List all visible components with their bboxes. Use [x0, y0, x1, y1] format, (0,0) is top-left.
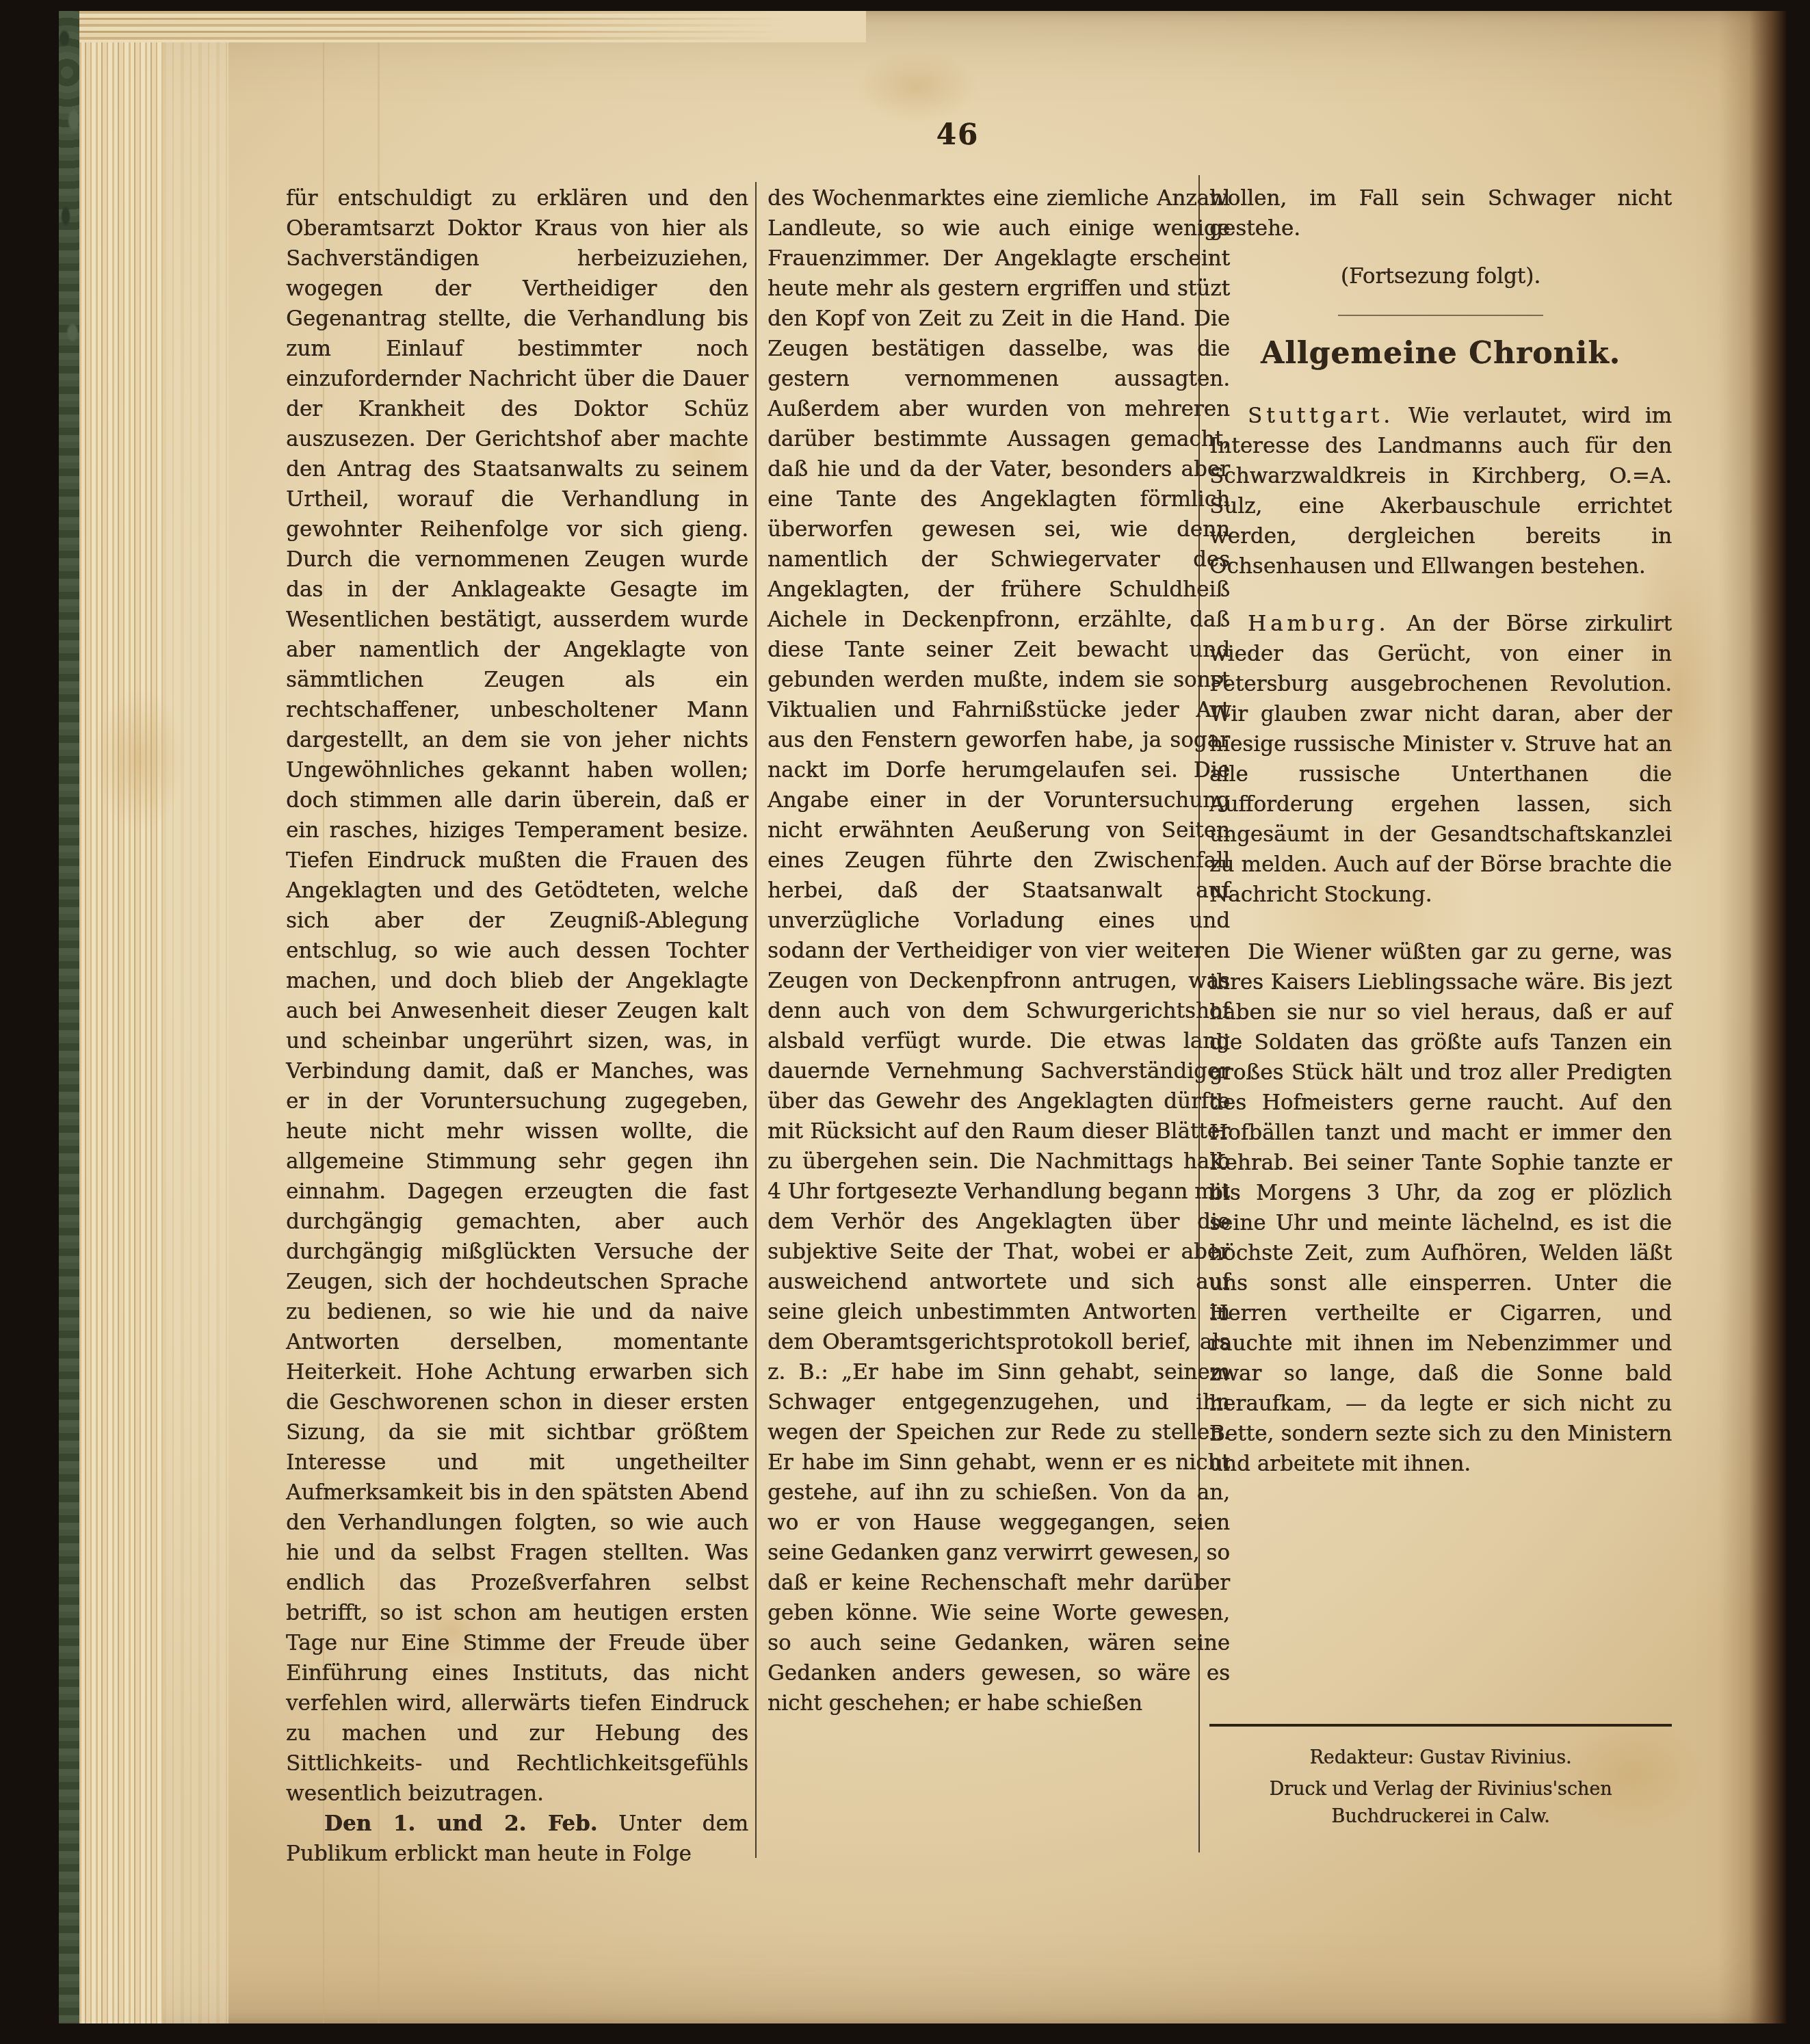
page-number: 46	[910, 118, 1006, 151]
column-divider-1	[755, 182, 757, 1858]
wien-paragraph: Die Wiener wüßten gar zu gerne, was ihre…	[1209, 937, 1672, 1479]
court-report-dateline-paragraph: Den 1. und 2. Feb. Unter dem Publikum er…	[286, 1809, 748, 1869]
hamburg-text: An der Börse zirkulirt wieder das Gerüch…	[1209, 612, 1672, 907]
right-page-shadow	[1718, 11, 1787, 2023]
column-3: wollen, im Fall sein Schwager nicht gest…	[1209, 183, 1672, 1935]
court-report-paragraph: für entschuldigt zu erklären und den Obe…	[286, 183, 748, 1809]
continuation-paragraph: wollen, im Fall sein Schwager nicht gest…	[1209, 183, 1672, 244]
imprint-rule	[1209, 1724, 1672, 1727]
imprint-druck: Druck und Verlag der Rivinius'schen Buch…	[1209, 1776, 1672, 1831]
hamburg-dateline: Hamburg.	[1248, 612, 1389, 636]
hamburg-paragraph: Hamburg. An der Börse zirkulirt wieder d…	[1209, 609, 1672, 910]
scanned-newspaper-page: 46 für entschuldigt zu erklären und den …	[0, 0, 1810, 2044]
book-cover-edge	[59, 11, 79, 2023]
page-edge-stack-faint	[163, 11, 228, 2023]
stuttgart-dateline: Stuttgart.	[1248, 404, 1394, 428]
imprint-redakteur: Redakteur: Gustav Rivinius.	[1209, 1744, 1672, 1772]
top-page-edges	[79, 11, 866, 42]
continuation-note: (Fortsezung folgt).	[1209, 261, 1672, 291]
column-2: des Wochenmarktes eine ziemliche Anzahl …	[768, 183, 1230, 1718]
imprint: Redakteur: Gustav Rivinius. Druck und Ve…	[1209, 1724, 1672, 1831]
page-edge-stack	[79, 11, 163, 2023]
stuttgart-paragraph: Stuttgart. Wie verlautet, wird im Intere…	[1209, 401, 1672, 581]
court-report-continued: des Wochenmarktes eine ziemliche Anzahl …	[768, 183, 1230, 1718]
court-report-dateline: Den 1. und 2. Feb.	[324, 1811, 597, 1836]
section-divider-rule	[1338, 315, 1543, 316]
column-1: für entschuldigt zu erklären und den Obe…	[286, 183, 748, 1869]
chronik-heading: Allgemeine Chronik.	[1209, 334, 1672, 374]
stuttgart-text: Wie verlautet, wird im Interesse des Lan…	[1209, 404, 1672, 579]
